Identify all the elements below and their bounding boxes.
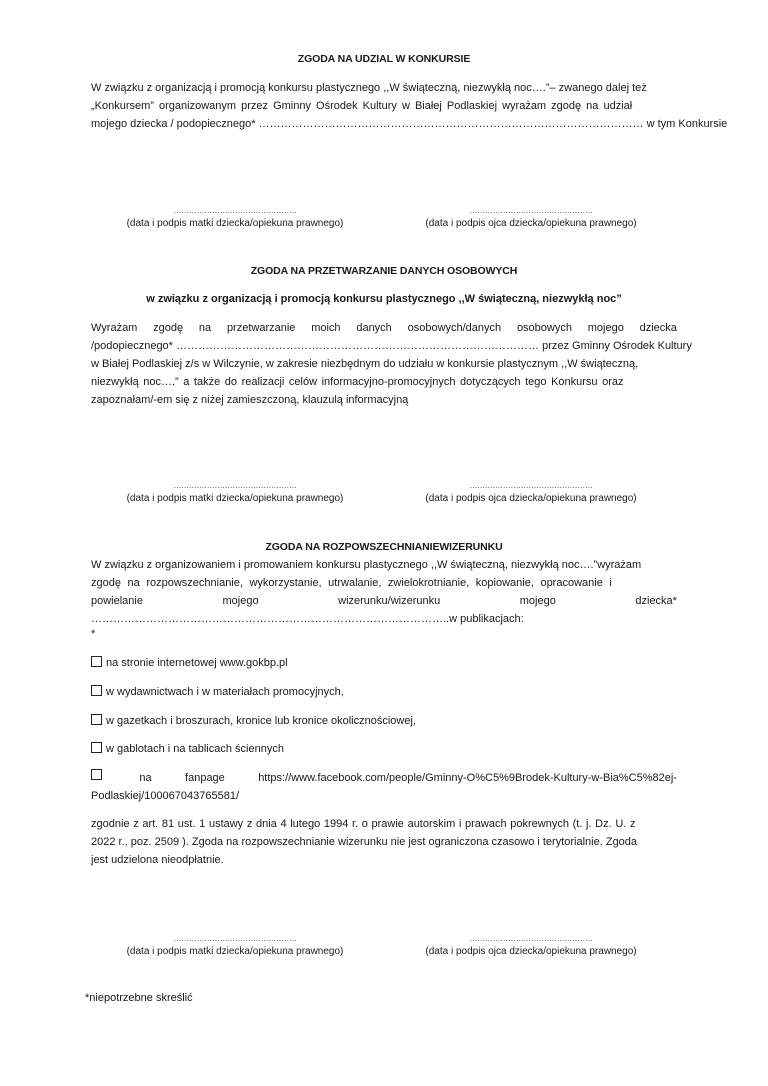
signature-label: (data i podpis matki dziecka/opiekuna pr… xyxy=(85,492,385,506)
section-title-data-processing: ZGODA NA PRZETWARZANIE DANYCH OSOBOWYCH xyxy=(0,265,768,277)
signature-label: (data i podpis ojca dziecka/opiekuna pra… xyxy=(381,945,681,959)
checkbox-icon[interactable] xyxy=(91,685,102,696)
section-title-image-rights: ZGODA NA ROZPOWSZECHNIANIEWIZERUNKU xyxy=(0,541,768,553)
legal-paragraph: zgodnie z art. 81 ust. 1 ustawy z dnia 4… xyxy=(91,815,677,869)
paragraph-line: W związku z organizowaniem i promowaniem… xyxy=(91,556,677,574)
signature-line: ………………………………………… xyxy=(381,480,681,492)
option-notice-boards[interactable]: w gablotach i na tablicach ściennych xyxy=(91,740,677,758)
option-publications[interactable]: w wydawnictwach i w materiałach promocyj… xyxy=(91,683,677,701)
checkbox-icon[interactable] xyxy=(91,714,102,725)
paragraph-line: zgodnie z art. 81 ust. 1 ustawy z dnia 4… xyxy=(91,815,677,833)
paragraph-line: /podopiecznego* ………………………………………………………………… xyxy=(91,337,677,355)
paragraph-line: Wyrażamzgodęnaprzetwarzaniemoichdanychos… xyxy=(91,319,677,337)
paragraph-line: 2022 r., poz. 2509 ). Zgoda na rozpowsze… xyxy=(91,833,677,851)
signature-label: (data i podpis matki dziecka/opiekuna pr… xyxy=(85,217,385,231)
signature-line: ………………………………………… xyxy=(381,933,681,945)
signature-line: ………………………………………… xyxy=(85,933,385,945)
paragraph-line: powielaniemojegowizerunku/wizerunkumojeg… xyxy=(91,592,677,610)
paragraph-line: zapoznałam/-em się z niżej zamieszczoną,… xyxy=(91,391,677,409)
signature-father-2: ………………………………………… (data i podpis ojca dzi… xyxy=(381,480,681,506)
section-title-participation: ZGODA NA UDZIAL W KONKURSIE xyxy=(0,53,768,65)
paragraph-line: * xyxy=(91,628,677,640)
paragraph-line: niezwykłą noc….” a także do realizacji c… xyxy=(91,373,677,391)
signature-line: ………………………………………… xyxy=(85,205,385,217)
signature-label: (data i podpis matki dziecka/opiekuna pr… xyxy=(85,945,385,959)
signature-mother-2: ………………………………………… (data i podpis matki dz… xyxy=(85,480,385,506)
section-subtitle-data-processing: w związku z organizacją i promocją konku… xyxy=(0,293,768,305)
signature-father-3: ………………………………………… (data i podpis ojca dzi… xyxy=(381,933,681,959)
paragraph-line: w Białej Podlaskiej z/s w Wilczynie, w z… xyxy=(91,355,677,373)
checkbox-icon[interactable] xyxy=(91,656,102,667)
signature-label: (data i podpis ojca dziecka/opiekuna pra… xyxy=(381,217,681,231)
data-processing-paragraph: Wyrażamzgodęnaprzetwarzaniemoichdanychos… xyxy=(91,319,677,409)
participation-paragraph: W związku z organizacją i promocją konku… xyxy=(91,79,677,133)
signature-mother-3: ………………………………………… (data i podpis matki dz… xyxy=(85,933,385,959)
option-brochures[interactable]: w gazetkach i broszurach, kronice lub kr… xyxy=(91,712,677,730)
paragraph-line: mojego dziecka / podopiecznego* ……………………… xyxy=(91,115,677,133)
paragraph-line: jest udzielona nieodpłatnie. xyxy=(91,851,677,869)
option-website[interactable]: na stronie internetowej www.gokbp.pl xyxy=(91,654,677,672)
paragraph-line: ……………………………………………………………………………………..w publ… xyxy=(91,610,677,628)
fanpage-line: nafanpagehttps://www.facebook.com/people… xyxy=(91,769,677,787)
signature-mother-1: ………………………………………… (data i podpis matki dz… xyxy=(85,205,385,231)
paragraph-line: „Konkursem” organizowanym przez Gminny O… xyxy=(91,97,677,115)
footnote: *niepotrzebne skreślić xyxy=(85,992,193,1004)
image-rights-paragraph: W związku z organizowaniem i promowaniem… xyxy=(91,556,677,640)
signature-line: ………………………………………… xyxy=(381,205,681,217)
checkbox-icon[interactable] xyxy=(91,742,102,753)
paragraph-line: W związku z organizacją i promocją konku… xyxy=(91,79,677,97)
signature-father-1: ………………………………………… (data i podpis ojca dzi… xyxy=(381,205,681,231)
signature-line: ………………………………………… xyxy=(85,480,385,492)
checkbox-icon[interactable] xyxy=(91,769,102,780)
signature-label: (data i podpis ojca dziecka/opiekuna pra… xyxy=(381,492,681,506)
option-fanpage[interactable]: nafanpagehttps://www.facebook.com/people… xyxy=(91,769,677,805)
paragraph-line: zgodę na rozpowszechnianie, wykorzystani… xyxy=(91,574,677,592)
